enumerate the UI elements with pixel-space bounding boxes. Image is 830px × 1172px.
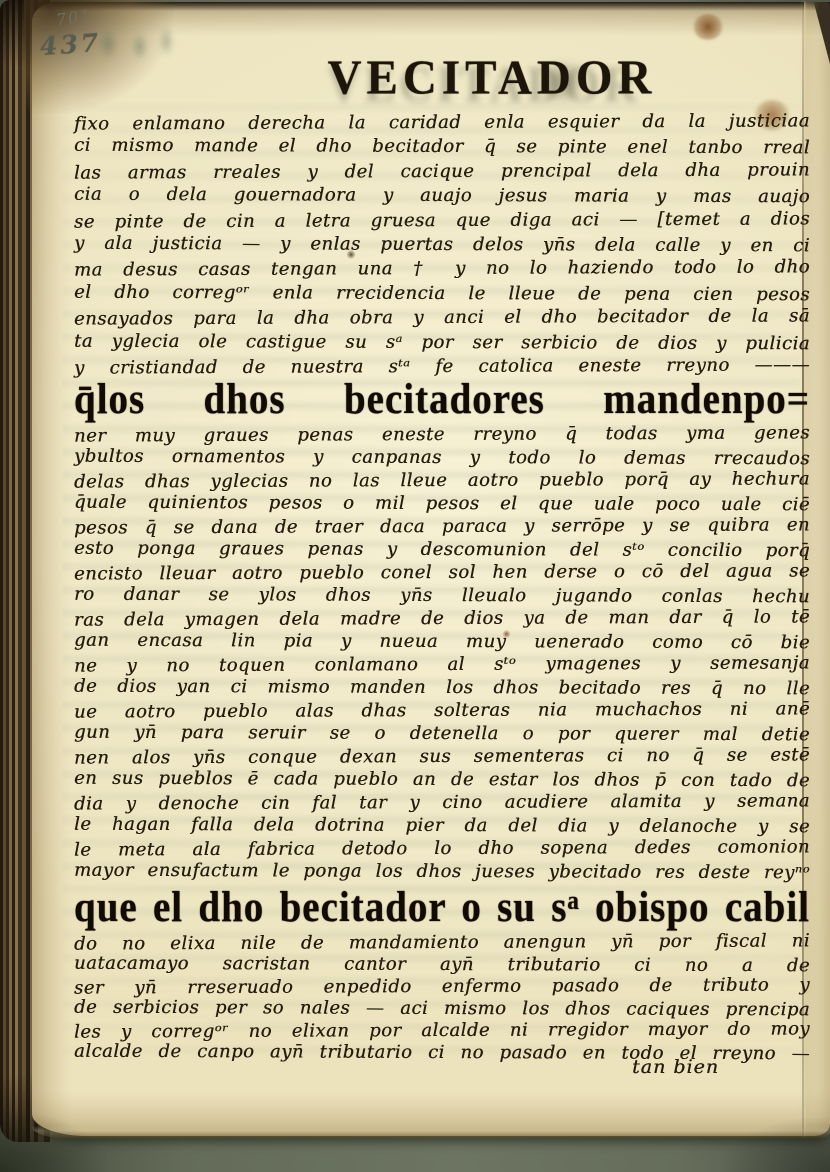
section-heading-2: que el dho becitador o su sᵃ obispo cabi… bbox=[74, 884, 810, 932]
paragraph-2: ner muy graues penas eneste rreyno q̄ to… bbox=[74, 426, 810, 886]
paragraph-3: do no elixa nile de mandamiento anengun … bbox=[74, 934, 810, 1066]
page-bottom-edge bbox=[32, 1126, 830, 1138]
manuscript-scan: 701 437 VECITADOR VECITADOR fixo enlaman… bbox=[0, 0, 830, 1172]
page-top-edge bbox=[32, 2, 830, 11]
bleedthrough-scribble bbox=[90, 18, 180, 70]
folio-number-large: 437 bbox=[39, 30, 102, 59]
paragraph-1: fixo enlamano derecha la caridad enla es… bbox=[74, 114, 810, 382]
section-heading-1: q̄los dhos becitadores mandenpo= bbox=[74, 376, 810, 424]
manuscript-page: 701 437 VECITADOR VECITADOR fixo enlaman… bbox=[32, 2, 830, 1136]
page-title: VECITADOR bbox=[272, 53, 712, 104]
stain bbox=[692, 14, 724, 40]
folio-number-small: 701 bbox=[55, 8, 93, 29]
catchword: tan bien bbox=[632, 1058, 782, 1077]
